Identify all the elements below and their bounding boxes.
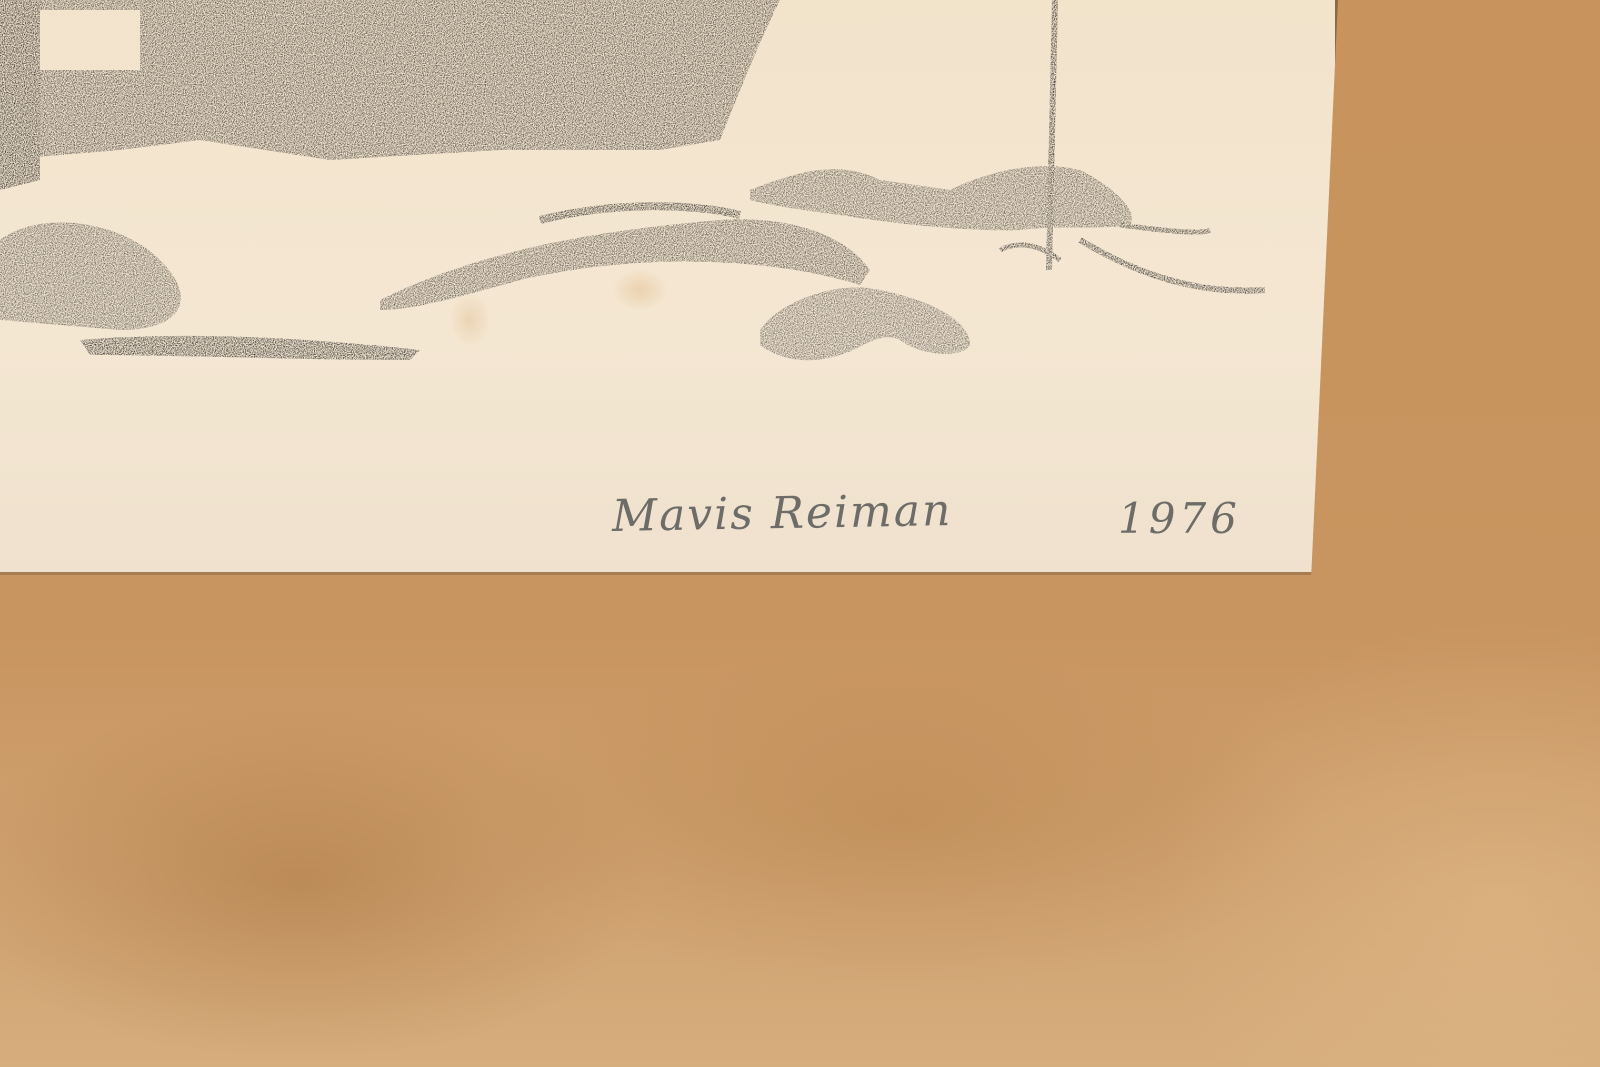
artwork-paper: Mavis Reiman 1976 — [0, 0, 1338, 575]
boat-hull — [0, 0, 1265, 360]
artist-signature: Mavis Reiman — [612, 485, 953, 542]
signature-year: 1976 — [1118, 494, 1241, 543]
sketch-drawing — [0, 0, 1335, 572]
